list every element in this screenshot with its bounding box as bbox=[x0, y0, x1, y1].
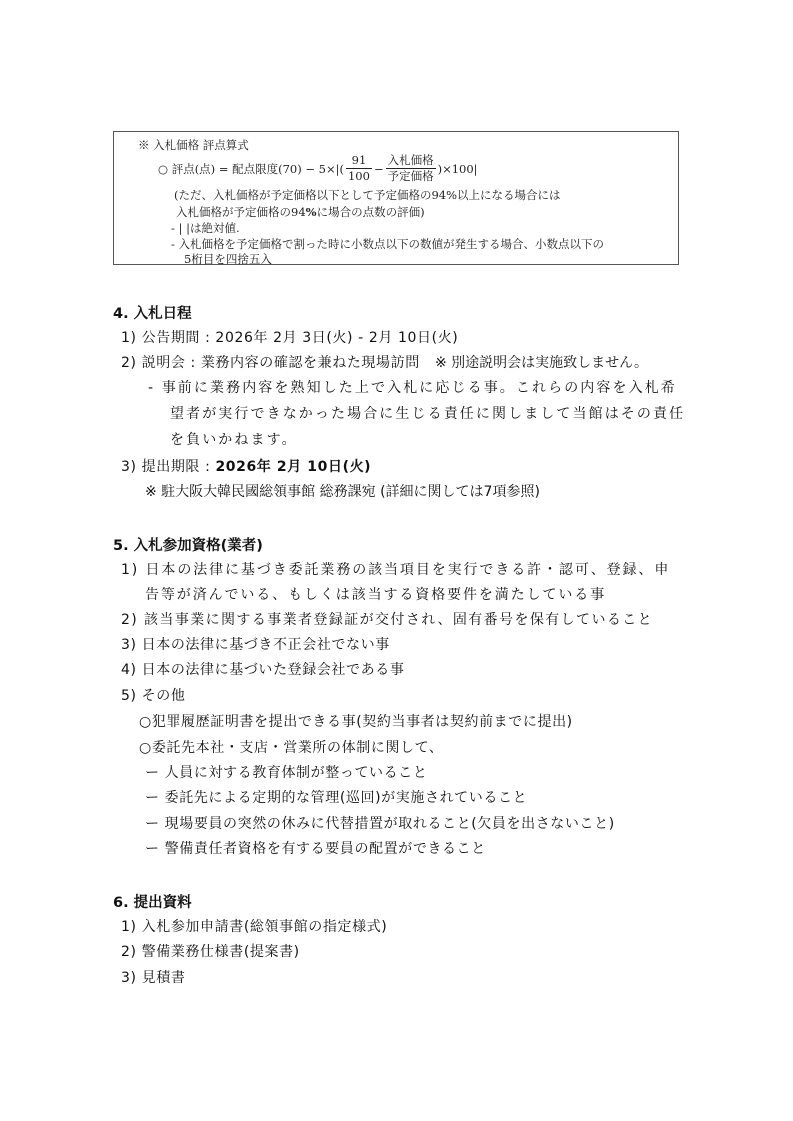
formula-bullet-rounding-cont: 5桁目を四捨五入 bbox=[184, 251, 272, 267]
section-4-item-3: 3) 提出期限 : 2026年 2月 10日(火) bbox=[121, 456, 371, 476]
section-5-item-1: 1) 日本の法律に基づき委託業務の該当項目を実行できる許・認可、登録、申 bbox=[121, 559, 670, 579]
section-5-dash-3: ー 現場要員の突然の休みに代替措置が取れること(欠員を出さないこと) bbox=[145, 813, 615, 833]
section-4-item-2: 2) 説明会 : 業務内容の確認を兼ねた現場訪問 ※ 別途説明会は実施致しません… bbox=[121, 352, 648, 372]
formula-bullet-rounding: - 入札価格を予定価格で割った時に小数点以下の数値が発生する場合、小数点以下の bbox=[171, 236, 604, 252]
section-4-item-3-note: ※ 駐大阪大韓民國総領事館 総務課宛 (詳細に関しては7項参照) bbox=[145, 481, 540, 501]
section-5-heading: 5. 入札参加資格(業者) bbox=[113, 534, 263, 555]
fraction-91-100: 91 100 bbox=[346, 153, 372, 184]
section-5-dash-2: ー 委託先による定期的な管理(巡回)が実施されていること bbox=[145, 787, 527, 807]
section-5-dash-4: ー 警備責任者資格を有する要員の配置ができること bbox=[145, 838, 486, 858]
submission-deadline: 2026年 2月 10日(火) bbox=[215, 459, 371, 475]
section-5-item-2: 2) 該当事業に関する事業者登録証が交付され、固有番号を保有していること bbox=[121, 609, 653, 629]
formula-note-1: (ただ、入札価格が予定価格以下として予定価格の94%以上になる場合には bbox=[174, 187, 561, 203]
section-4-item-2-sub-1: - 事前に業務内容を熟知した上で入札に応じる事。これらの内容を入札希 bbox=[148, 377, 677, 397]
section-6-item-3: 3) 見積書 bbox=[121, 967, 185, 987]
section-6-item-2: 2) 警備業務仕様書(提案書) bbox=[121, 941, 300, 961]
formula-title: ※ 入札価格 評点算式 bbox=[138, 137, 249, 153]
formula-bullet-absolute: - | |は絶対値. bbox=[171, 220, 240, 236]
section-5-other-structure: ○委託先本社・支店・営業所の体制に関して、 bbox=[139, 737, 444, 757]
section-6-item-1: 1) 入札参加申請書(総領事館の指定様式) bbox=[121, 916, 387, 936]
section-4-heading: 4. 入札日程 bbox=[113, 302, 192, 323]
fraction-bid-over-planned: 入札価格 予定価格 bbox=[386, 153, 436, 184]
section-4-item-2-sub-3: を負いかねます。 bbox=[170, 429, 298, 449]
scoring-formula-box: ※ 入札価格 評点算式 ○ 評点(点) = 配点限度(70) − 5×|( 91… bbox=[113, 131, 679, 265]
section-5-other-criminal-record: ○犯罪履歴証明書を提出できる事(契約当事者は契約前までに提出) bbox=[139, 711, 573, 731]
section-5-item-3: 3) 日本の法律に基づき不正会社でない事 bbox=[121, 634, 390, 654]
section-6-heading: 6. 提出資料 bbox=[113, 891, 192, 912]
formula-minus: − bbox=[374, 162, 384, 176]
section-5-item-4: 4) 日本の法律に基づいた登録会社である事 bbox=[121, 659, 404, 679]
section-5-item-1-cont: 告等が済んでいる、もしくは該当する資格要件を満たしている事 bbox=[145, 584, 606, 604]
section-4-item-2-sub-2: 望者が実行できなかった場合に生じる責任に関しまして当館はその責任 bbox=[170, 403, 685, 423]
formula-note-2: 入札価格が予定価格の94%に場合の点数の評価) bbox=[176, 204, 425, 220]
document-page: ※ 入札価格 評点算式 ○ 評点(点) = 配点限度(70) − 5×|( 91… bbox=[0, 0, 793, 1121]
section-5-item-5: 5) その他 bbox=[121, 685, 185, 705]
section-5-dash-1: ー 人員に対する教育体制が整っていること bbox=[145, 762, 427, 782]
formula-suffix: )×100| bbox=[438, 162, 478, 176]
formula-prefix: ○ 評点(点) = 配点限度(70) − 5×|( bbox=[158, 161, 344, 177]
section-4-item-1: 1) 公告期間 : 2026年 2月 3日(火) - 2月 10日(火) bbox=[121, 327, 458, 347]
scoring-formula: ○ 評点(点) = 配点限度(70) − 5×|( 91 100 − 入札価格 … bbox=[158, 153, 478, 184]
